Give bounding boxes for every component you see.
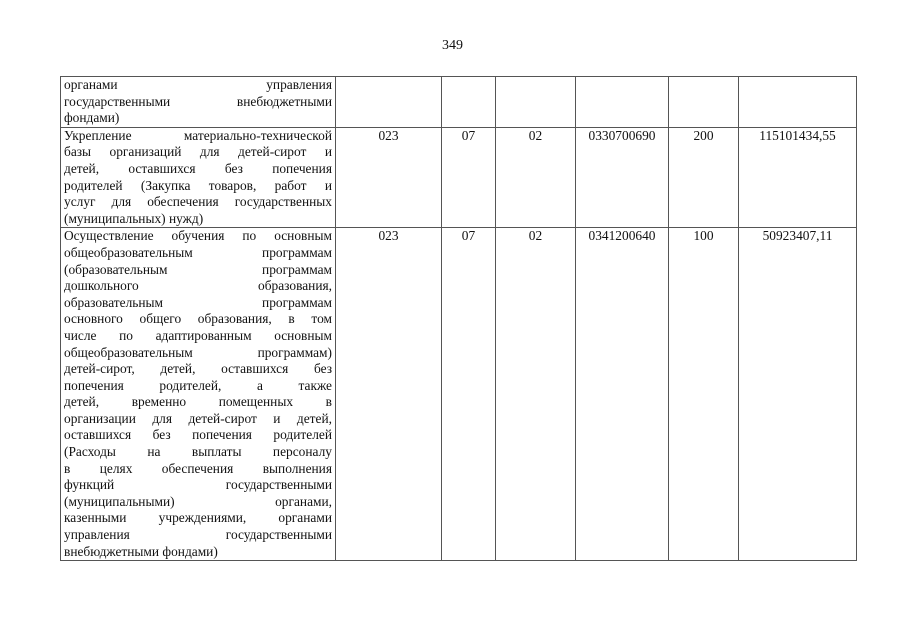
amount-cell: 50923407,11 — [739, 228, 857, 561]
target-article-code-cell: 0330700690 — [576, 127, 669, 228]
section-code-cell — [442, 77, 496, 128]
description-line: Осуществление обучения по основным — [64, 228, 332, 245]
description-line: родителей (Закупка товаров, работ и — [64, 178, 332, 195]
description-line: казенными учреждениями, органами — [64, 510, 332, 527]
table-row: Укрепление материально-техническойбазы о… — [61, 127, 857, 228]
page-number: 349 — [0, 38, 905, 54]
section-code-cell: 07 — [442, 228, 496, 561]
description-line: попечения родителей, а также — [64, 378, 332, 395]
description-line: базы организаций для детей-сирот и — [64, 144, 332, 161]
section-code-cell: 07 — [442, 127, 496, 228]
description-line: детей, временно помещенных в — [64, 394, 332, 411]
subsection-code-cell — [496, 77, 576, 128]
subsection-code-cell: 02 — [496, 228, 576, 561]
expense-type-code-cell — [669, 77, 739, 128]
budget-table-body: органами управлениягосударственными внеб… — [61, 77, 857, 561]
description-line: (муниципальных) нужд) — [64, 211, 332, 228]
target-article-code-cell — [576, 77, 669, 128]
description-line: организации для детей-сирот и детей, — [64, 411, 332, 428]
ministry-code-cell: 023 — [336, 228, 442, 561]
ministry-code-cell: 023 — [336, 127, 442, 228]
amount-cell: 115101434,55 — [739, 127, 857, 228]
table-row: органами управлениягосударственными внеб… — [61, 77, 857, 128]
description-line: основного общего образования, в том — [64, 311, 332, 328]
description-cell: Укрепление материально-техническойбазы о… — [61, 127, 336, 228]
description-line: государственными внебюджетными — [64, 94, 332, 111]
amount-cell — [739, 77, 857, 128]
description-line: услуг для обеспечения государственных — [64, 194, 332, 211]
description-line: оставшихся без попечения родителей — [64, 427, 332, 444]
description-line: (муниципальными) органами, — [64, 494, 332, 511]
description-line: детей-сирот, детей, оставшихся без — [64, 361, 332, 378]
table-row: Осуществление обучения по основнымобщеоб… — [61, 228, 857, 561]
target-article-code-cell: 0341200640 — [576, 228, 669, 561]
description-line: образовательным программам — [64, 295, 332, 312]
budget-table: органами управлениягосударственными внеб… — [60, 76, 857, 561]
description-line: функций государственными — [64, 477, 332, 494]
description-line: дошкольного образования, — [64, 278, 332, 295]
description-line: внебюджетными фондами) — [64, 544, 332, 561]
description-cell: органами управлениягосударственными внеб… — [61, 77, 336, 128]
description-line: общеобразовательным программам) — [64, 345, 332, 362]
expense-type-code-cell: 100 — [669, 228, 739, 561]
description-line: общеобразовательным программам — [64, 245, 332, 262]
description-line: числе по адаптированным основным — [64, 328, 332, 345]
description-line: в целях обеспечения выполнения — [64, 461, 332, 478]
expense-type-code-cell: 200 — [669, 127, 739, 228]
description-cell: Осуществление обучения по основнымобщеоб… — [61, 228, 336, 561]
description-line: (Расходы на выплаты персоналу — [64, 444, 332, 461]
description-line: органами управления — [64, 77, 332, 94]
description-line: Укрепление материально-технической — [64, 128, 332, 145]
ministry-code-cell — [336, 77, 442, 128]
description-line: детей, оставшихся без попечения — [64, 161, 332, 178]
description-line: управления государственными — [64, 527, 332, 544]
description-line: фондами) — [64, 110, 332, 127]
subsection-code-cell: 02 — [496, 127, 576, 228]
description-line: (образовательным программам — [64, 262, 332, 279]
